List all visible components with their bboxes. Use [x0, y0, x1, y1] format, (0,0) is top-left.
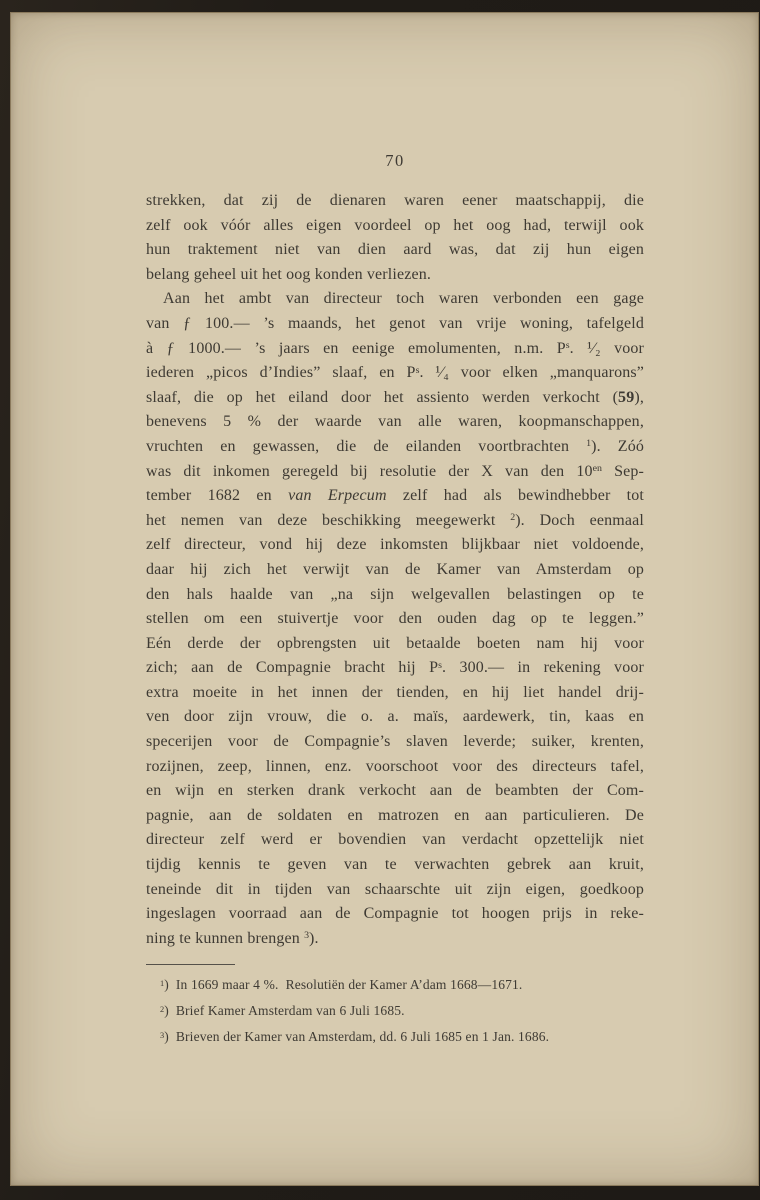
body-line: rozijnen, zeep, linnen, enz. voorschoot … — [146, 755, 644, 780]
body-line: Aan het ambt van directeur toch waren ve… — [146, 287, 644, 312]
body-line: zelf directeur, vond hij deze inkomsten … — [146, 533, 644, 558]
footnote-line: 1) In 1669 maar 4 %. Resolutiën der Kame… — [146, 972, 644, 998]
body-line: daar hij zich het verwijt van de Kamer v… — [146, 558, 644, 583]
body-line: tijdig kennis te geven van te verwachten… — [146, 853, 644, 878]
body-line: vruchten en gewassen, die de eilanden vo… — [146, 435, 644, 460]
body-line: het nemen van deze beschikking meegewerk… — [146, 509, 644, 534]
body-line: Eén derde der opbrengsten uit betaalde b… — [146, 632, 644, 657]
footnote-line: 3) Brieven der Kamer van Amsterdam, dd. … — [146, 1024, 644, 1050]
body-line: teneinde dit in tijden van schaarschte u… — [146, 878, 644, 903]
footnote-line: 2) Brief Kamer Amsterdam van 6 Juli 1685… — [146, 998, 644, 1024]
body-line: à ƒ 1000.— ’s jaars en eenige emolumente… — [146, 337, 644, 362]
body-line: pagnie, aan de soldaten en matrozen en a… — [146, 804, 644, 829]
body-line: ven door zijn vrouw, die o. a. maïs, aar… — [146, 705, 644, 730]
text-block: strekken, dat zij de dienaren waren eene… — [146, 189, 644, 1050]
body-line: strekken, dat zij de dienaren waren eene… — [146, 189, 644, 214]
body-line: iederen „picos d’Indies” slaaf, en Ps. ¹… — [146, 361, 644, 386]
body-line: extra moeite in het innen der tienden, e… — [146, 681, 644, 706]
footnotes: 1) In 1669 maar 4 %. Resolutiën der Kame… — [146, 972, 644, 1050]
footnote-separator — [146, 964, 235, 965]
body-line: den hals haalde van „na sijn welgevallen… — [146, 583, 644, 608]
body-line: ning te kunnen brengen 3). — [146, 927, 644, 952]
body-line: stellen om een stuivertje voor den ouden… — [146, 607, 644, 632]
body-line: benevens 5 % der waarde van alle waren, … — [146, 410, 644, 435]
body-line: directeur zelf werd er bovendien van ver… — [146, 828, 644, 853]
body-line: tember 1682 en van Erpecum zelf had als … — [146, 484, 644, 509]
body-text: strekken, dat zij de dienaren waren eene… — [146, 189, 644, 951]
body-line: was dit inkomen geregeld bij resolutie d… — [146, 460, 644, 485]
body-line: zich; aan de Compagnie bracht hij Ps. 30… — [146, 656, 644, 681]
body-line: hun traktement niet van dien aard was, d… — [146, 238, 644, 263]
body-line: slaaf, die op het eiland door het assien… — [146, 386, 644, 411]
body-line: van ƒ 100.— ’s maands, het genot van vri… — [146, 312, 644, 337]
book-page: 70 strekken, dat zij de dienaren waren e… — [10, 12, 759, 1186]
body-line: specerijen voor de Compagnie’s slaven le… — [146, 730, 644, 755]
page-number: 70 — [146, 151, 644, 171]
body-line: zelf ook vóór alles eigen voordeel op he… — [146, 214, 644, 239]
body-line: en wijn en sterken drank verkocht aan de… — [146, 779, 644, 804]
body-line: belang geheel uit het oog konden verliez… — [146, 263, 644, 288]
body-line: ingeslagen voorraad aan de Compagnie tot… — [146, 902, 644, 927]
